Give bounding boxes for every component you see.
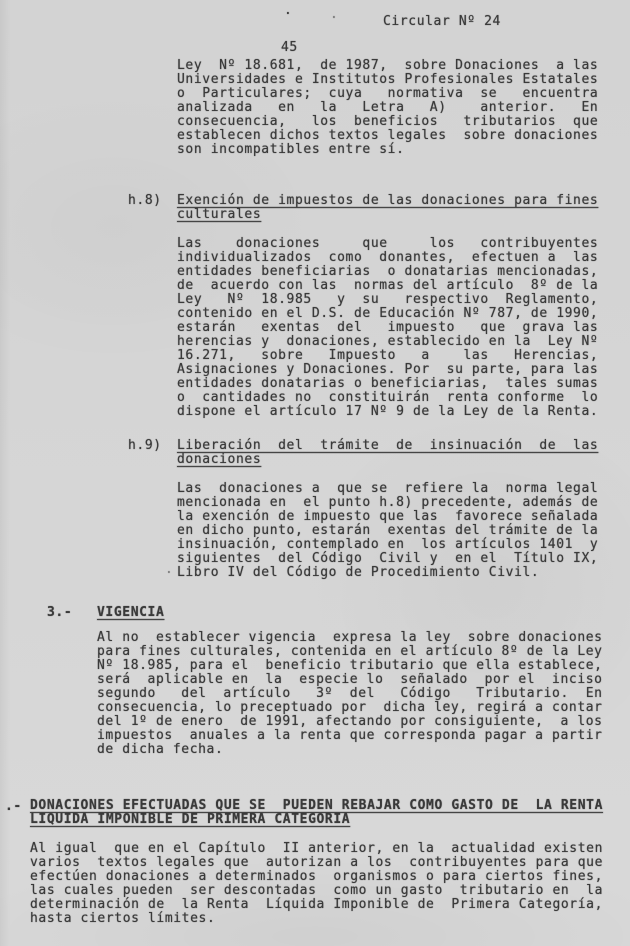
bottom-section-heading: DONACIONES EFECTUADAS QUE SE PUEDEN REBA… [30,799,603,827]
bottom-section-body: Al igual que en el Capítulo II anterior,… [30,842,603,926]
vigencia-body: Al no establecer vigencia expresa la ley… [97,631,603,757]
vigencia-section-number: 3.- [47,606,72,620]
page-number: 45 [281,41,298,55]
intro-paragraph: Ley Nº 18.681, de 1987, sobre Donaciones… [177,59,598,157]
bottom-section-marker: .- [5,800,22,814]
header-circular-number: Circular Nº 24 [383,15,501,29]
section-h9-label: h.9) [128,439,162,453]
section-h9-heading: Liberación del trámite de insinuación de… [177,439,598,467]
scan-artifact-dot: . [330,8,338,22]
scanned-document-page: . . Circular Nº 24 45 Ley Nº 18.681, de … [0,0,630,946]
vigencia-heading: VIGENCIA [97,606,164,620]
section-h8-label: h.8) [128,194,162,208]
scan-artifact-stray-dot: . [165,563,173,577]
section-h8-body: Las donaciones que los contribuyentes in… [177,237,598,419]
section-h9-body: Las donaciones a que se refiere la norma… [177,482,598,580]
scan-artifact-dot: . [284,4,292,18]
section-h8-heading: Exención de impuestos de las donaciones … [177,194,598,222]
